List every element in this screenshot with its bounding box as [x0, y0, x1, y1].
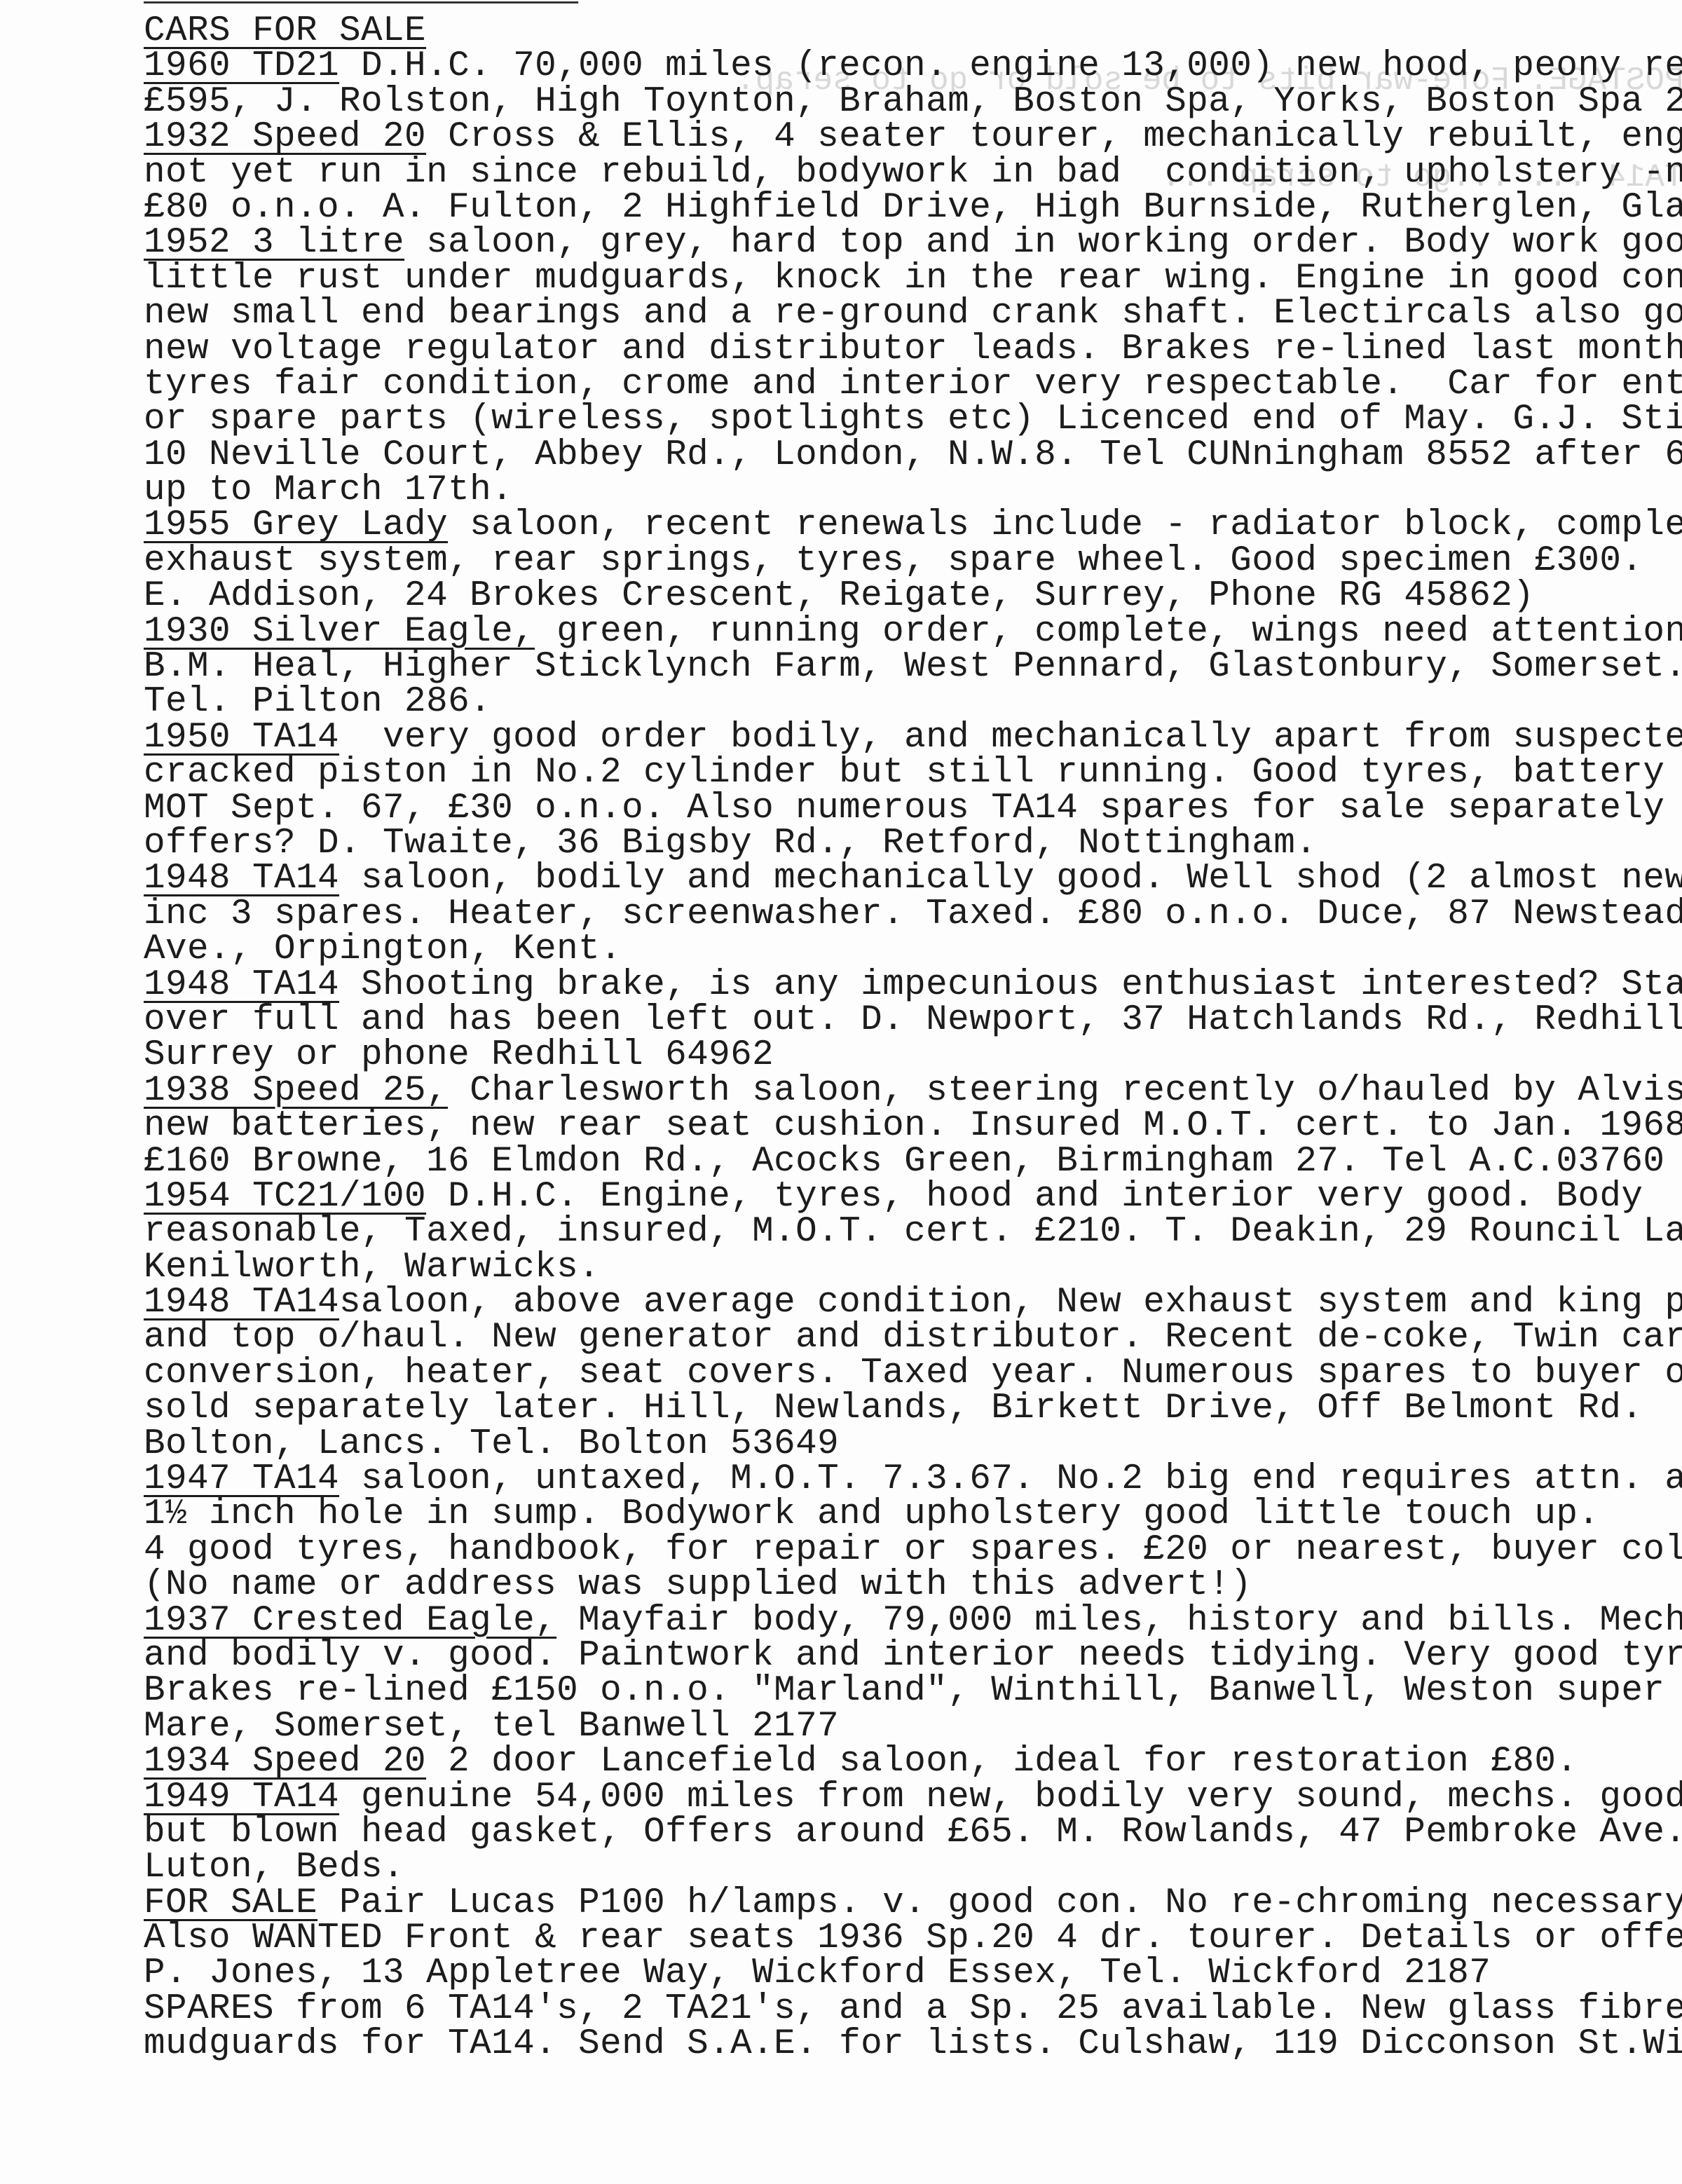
ad-heading: 1947 TA14 — [144, 1459, 339, 1499]
ad-text: saloon, above average condition, New exh… — [339, 1283, 1682, 1323]
section-title: CARS FOR SALE — [144, 11, 426, 51]
ad-text: 1½ inch hole in sump. Bodywork and uphol… — [144, 1494, 1599, 1534]
ad-heading: 1934 Speed 20 — [144, 1742, 426, 1782]
ad-text: saloon, bodily and mechanically good. We… — [339, 859, 1682, 899]
ad-text-line: Ave., Orpington, Kent. — [144, 932, 1678, 967]
ad-text: Bolton, Lancs. Tel. Bolton 53649 — [144, 1424, 839, 1464]
ad-text-line: 4 good tyres, handbook, for repair or sp… — [144, 1533, 1678, 1568]
ad-text: P. Jones, 13 Appletree Way, Wickford Ess… — [144, 1953, 1491, 1993]
ad-text: up to March 17th. — [144, 470, 513, 510]
ad-text-line: £160 Browne, 16 Elmdon Rd., Acocks Green… — [144, 1145, 1678, 1180]
ad-text-line: E. Addison, 24 Brokes Crescent, Reigate,… — [144, 579, 1678, 614]
ad-text-line: new voltage regulator and distributor le… — [144, 332, 1678, 367]
ad-text-line: sold separately later. Hill, Newlands, B… — [144, 1391, 1678, 1426]
ad-text-line: SPARES from 6 TA14's, 2 TA21's, and a Sp… — [144, 1992, 1678, 2027]
ad-text: (No name or address was supplied with th… — [144, 1565, 1252, 1605]
ad-heading: 1948 TA14 — [144, 859, 339, 899]
ad-heading-line: 1960 TD21 D.H.C. 70,000 miles (recon. en… — [144, 49, 1678, 84]
ad-text: Charlesworth saloon, steering recently o… — [448, 1071, 1682, 1111]
ad-text: conversion, heater, seat covers. Taxed y… — [144, 1353, 1682, 1393]
ad-text: Luton, Beds. — [144, 1848, 404, 1888]
ad-heading-line: FOR SALE Pair Lucas P100 h/lamps. v. goo… — [144, 1886, 1678, 1921]
ad-text: Kenilworth, Warwicks. — [144, 1248, 600, 1288]
ad-text-line: Also WANTED Front & rear seats 1936 Sp.2… — [144, 1921, 1678, 1956]
ad-heading: 1955 Grey Lady — [144, 505, 448, 545]
ad-text: but blown head gasket, Offers around £65… — [144, 1813, 1682, 1852]
ad-text: saloon, grey, hard top and in working or… — [404, 223, 1682, 263]
ad-text-line: Luton, Beds. — [144, 1850, 1678, 1885]
ad-text-line: not yet run in since rebuild, bodywork i… — [144, 156, 1678, 191]
ad-text-line: Brakes re-lined £150 o.n.o. "Marland", W… — [144, 1674, 1678, 1709]
ad-heading-line: 1934 Speed 20 2 door Lancefield saloon, … — [144, 1745, 1678, 1780]
ad-heading-line: 1950 TA14 very good order bodily, and me… — [144, 721, 1678, 756]
ad-text: cracked piston in No.2 cylinder but stil… — [144, 753, 1682, 793]
ad-heading: 1960 TD21 — [144, 46, 339, 86]
ad-text: £595, J. Rolston, High Toynton, Braham, … — [144, 82, 1682, 122]
ad-heading-line: 1947 TA14 saloon, untaxed, M.O.T. 7.3.67… — [144, 1462, 1678, 1497]
document-body: EDITORS ADDRESS: ... CARS FOR SALE 1960 … — [144, 0, 1678, 2063]
ad-heading-line: 1949 TA14 genuine 54,000 miles from new,… — [144, 1780, 1678, 1815]
ad-text: saloon, untaxed, M.O.T. 7.3.67. No.2 big… — [339, 1459, 1682, 1499]
ad-text-line: Surrey or phone Redhill 64962 — [144, 1038, 1678, 1073]
ad-text: B.M. Heal, Higher Sticklynch Farm, West … — [144, 647, 1682, 687]
ad-text: green, running order, complete, wings ne… — [535, 612, 1682, 652]
ad-text-line: MOT Sept. 67, £30 o.n.o. Also numerous T… — [144, 791, 1678, 826]
ad-text-line: Mare, Somerset, tel Banwell 2177 — [144, 1709, 1678, 1745]
ad-text-line: new batteries, new rear seat cushion. In… — [144, 1109, 1678, 1144]
typewritten-page: LESS POSTAGE. Fore-war bits to be sold o… — [0, 0, 1682, 2184]
ad-heading-line: 1952 3 litre saloon, grey, hard top and … — [144, 226, 1678, 261]
ad-text: reasonable, Taxed, insured, M.O.T. cert.… — [144, 1212, 1682, 1252]
ad-text: Surrey or phone Redhill 64962 — [144, 1035, 774, 1075]
header-cut-text: EDITORS ADDRESS: ... — [144, 0, 578, 6]
ad-heading-line: 1930 Silver Eagle, green, running order,… — [144, 615, 1678, 650]
ad-text: exhaust system, rear springs, tyres, spa… — [144, 541, 1643, 581]
ad-heading-line: 1938 Speed 25, Charlesworth saloon, stee… — [144, 1074, 1678, 1109]
ad-text: 10 Neville Court, Abbey Rd., London, N.W… — [144, 435, 1682, 475]
ad-text: very good order bodily, and mechanically… — [339, 718, 1682, 758]
ad-text-line: or spare parts (wireless, spotlights etc… — [144, 402, 1678, 437]
ad-text: saloon, recent renewals include - radiat… — [448, 505, 1682, 545]
ad-text: Mare, Somerset, tel Banwell 2177 — [144, 1707, 839, 1747]
ad-text: Tel. Pilton 286. — [144, 682, 491, 722]
ad-heading: 1938 Speed 25, — [144, 1071, 448, 1111]
ad-text-line: Tel. Pilton 286. — [144, 685, 1678, 720]
ad-heading: 1950 TA14 — [144, 718, 339, 758]
ad-heading-line: 1955 Grey Lady saloon, recent renewals i… — [144, 508, 1678, 543]
ad-text-line: and top o/haul. New generator and distri… — [144, 1320, 1678, 1356]
ad-text-line: inc 3 spares. Heater, screenwasher. Taxe… — [144, 897, 1678, 932]
ad-text-line: and bodily v. good. Paintwork and interi… — [144, 1639, 1678, 1674]
ad-text: 4 good tyres, handbook, for repair or sp… — [144, 1530, 1682, 1570]
ad-text: or spare parts (wireless, spotlights etc… — [144, 400, 1682, 439]
ad-text: and bodily v. good. Paintwork and interi… — [144, 1636, 1682, 1676]
ad-text: £80 o.n.o. A. Fulton, 2 Highfield Drive,… — [144, 188, 1682, 228]
ad-text-line: tyres fair condition, crome and interior… — [144, 367, 1678, 402]
ad-heading: 1937 Crested Eagle, — [144, 1601, 556, 1641]
ad-text-line: cracked piston in No.2 cylinder but stil… — [144, 756, 1678, 791]
ad-text: mudguards for TA14. Send S.A.E. for list… — [144, 2024, 1682, 2064]
ad-text-line: Bolton, Lancs. Tel. Bolton 53649 — [144, 1427, 1678, 1462]
ad-text-line: mudguards for TA14. Send S.A.E. for list… — [144, 2027, 1678, 2062]
ad-heading: FOR SALE — [144, 1883, 317, 1923]
ad-text-line: Kenilworth, Warwicks. — [144, 1250, 1678, 1285]
ad-heading: 1948 TA14 — [144, 1283, 339, 1323]
ad-text-line: 10 Neville Court, Abbey Rd., London, N.W… — [144, 438, 1678, 473]
section-title-line: CARS FOR SALE — [144, 14, 1678, 49]
ad-text: tyres fair condition, crome and interior… — [144, 364, 1682, 404]
ad-heading-line: 1948 TA14 Shooting brake, is any impecun… — [144, 968, 1678, 1003]
ad-text-line: little rust under mudguards, knock in th… — [144, 261, 1678, 296]
ad-text-line: £595, J. Rolston, High Toynton, Braham, … — [144, 85, 1678, 120]
ad-text-line: over full and has been left out. D. Newp… — [144, 1003, 1678, 1038]
ad-text-line: new small end bearings and a re-ground c… — [144, 296, 1678, 332]
ad-text: and top o/haul. New generator and distri… — [144, 1318, 1682, 1358]
ad-text-line: (No name or address was supplied with th… — [144, 1568, 1678, 1603]
ad-text: new small end bearings and a re-ground c… — [144, 294, 1682, 334]
ad-text: MOT Sept. 67, £30 o.n.o. Also numerous T… — [144, 789, 1664, 828]
ad-heading: 1948 TA14 — [144, 965, 339, 1005]
ad-text: Pair Lucas P100 h/lamps. v. good con. No… — [317, 1883, 1682, 1923]
ad-heading: 1952 3 litre — [144, 223, 404, 263]
ad-text-line: up to March 17th. — [144, 473, 1678, 508]
ad-text-line: P. Jones, 13 Appletree Way, Wickford Ess… — [144, 1956, 1678, 1991]
ad-heading: 1954 TC21/100 — [144, 1177, 426, 1217]
ad-text: Shooting brake, is any impecunious enthu… — [339, 965, 1682, 1005]
ad-text: inc 3 spares. Heater, screenwasher. Taxe… — [144, 894, 1682, 934]
ad-text: D.H.C. 70,000 miles (recon. engine 13,00… — [339, 46, 1682, 86]
ad-text-line: offers? D. Twaite, 36 Bigsby Rd., Retfor… — [144, 826, 1678, 861]
ad-text-line: exhaust system, rear springs, tyres, spa… — [144, 544, 1678, 579]
ad-text-line: reasonable, Taxed, insured, M.O.T. cert.… — [144, 1215, 1678, 1250]
ad-text: £160 Browne, 16 Elmdon Rd., Acocks Green… — [144, 1142, 1664, 1182]
ad-text: E. Addison, 24 Brokes Crescent, Reigate,… — [144, 576, 1534, 616]
ad-heading-line: 1932 Speed 20 Cross & Ellis, 4 seater to… — [144, 120, 1678, 155]
ad-text: D.H.C. Engine, tyres, hood and interior … — [426, 1177, 1643, 1217]
ad-heading-line: 1948 TA14saloon, above average condition… — [144, 1285, 1678, 1320]
ad-text: Mayfair body, 79,000 miles, history and … — [556, 1601, 1682, 1641]
ad-text: Ave., Orpington, Kent. — [144, 929, 622, 969]
ad-text: new batteries, new rear seat cushion. In… — [144, 1106, 1682, 1146]
ad-heading: 1930 Silver Eagle, — [144, 612, 535, 652]
ad-text: SPARES from 6 TA14's, 2 TA21's, and a Sp… — [144, 1989, 1682, 2029]
ad-lines: 1960 TD21 D.H.C. 70,000 miles (recon. en… — [144, 49, 1678, 2062]
ad-text: not yet run in since rebuild, bodywork i… — [144, 153, 1682, 193]
ad-heading: 1949 TA14 — [144, 1777, 339, 1817]
ad-text: over full and has been left out. D. Newp… — [144, 1000, 1682, 1040]
ad-text-line: conversion, heater, seat covers. Taxed y… — [144, 1356, 1678, 1391]
ad-heading-line: 1948 TA14 saloon, bodily and mechanicall… — [144, 861, 1678, 896]
ad-heading-line: 1954 TC21/100 D.H.C. Engine, tyres, hood… — [144, 1180, 1678, 1215]
ad-text: 2 door Lancefield saloon, ideal for rest… — [426, 1742, 1578, 1782]
ad-text: offers? D. Twaite, 36 Bigsby Rd., Retfor… — [144, 824, 1317, 864]
ad-text: Also WANTED Front & rear seats 1936 Sp.2… — [144, 1918, 1682, 1958]
ad-text: Brakes re-lined £150 o.n.o. "Marland", W… — [144, 1671, 1664, 1711]
ad-text: genuine 54,000 miles from new, bodily ve… — [339, 1777, 1682, 1817]
ad-text: Cross & Ellis, 4 seater tourer, mechanic… — [426, 117, 1682, 157]
ad-text: little rust under mudguards, knock in th… — [144, 259, 1682, 299]
ad-heading-line: 1937 Crested Eagle, Mayfair body, 79,000… — [144, 1604, 1678, 1639]
ad-text-line: B.M. Heal, Higher Sticklynch Farm, West … — [144, 650, 1678, 685]
ad-text-line: £80 o.n.o. A. Fulton, 2 Highfield Drive,… — [144, 191, 1678, 226]
ad-text-line: 1½ inch hole in sump. Bodywork and uphol… — [144, 1497, 1678, 1532]
ad-heading: 1932 Speed 20 — [144, 117, 426, 157]
ad-text-line: but blown head gasket, Offers around £65… — [144, 1815, 1678, 1850]
ad-text: sold separately later. Hill, Newlands, B… — [144, 1388, 1643, 1428]
ad-text: new voltage regulator and distributor le… — [144, 329, 1682, 369]
